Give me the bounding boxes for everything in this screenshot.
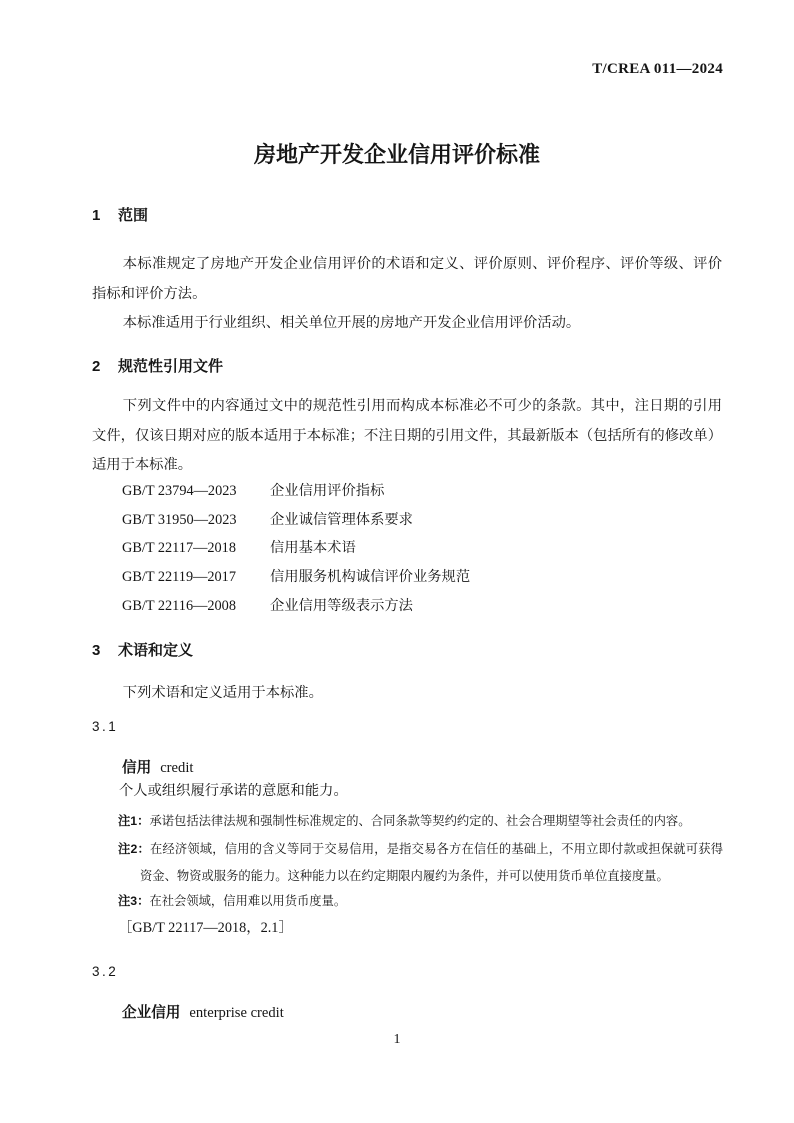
- reference-code: GB/T 23794—2023: [122, 477, 270, 506]
- reference-code: GB/T 31950—2023: [122, 506, 270, 535]
- reference-code: GB/T 22117—2018: [122, 534, 270, 563]
- section-3-intro: 下列术语和定义适用于本标准。: [92, 679, 722, 709]
- section-2-paragraph-1: 下列文件中的内容通过文中的规范性引用而构成本标准必不可少的条款。其中，注日期的引…: [92, 392, 722, 481]
- note-2-label: 注2：: [118, 842, 150, 856]
- section-2-heading: 2规范性引用文件: [92, 355, 223, 376]
- section-3-heading: 3术语和定义: [92, 639, 193, 660]
- section-2-number: 2: [92, 358, 118, 375]
- reference-row: GB/T 23794—2023企业信用评价指标: [122, 477, 470, 506]
- document-page: T/CREA 011—2024 房地产开发企业信用评价标准 1范围 本标准规定了…: [0, 0, 794, 1123]
- reference-row: GB/T 22116—2008企业信用等级表示方法: [122, 592, 470, 621]
- term-3-1-source: ［GB/T 22117—2018，2.1］: [118, 917, 293, 937]
- document-title: 房地产开发企业信用评价标准: [0, 138, 794, 169]
- note-1-text: 承诺包括法律法规和强制性标准规定的、合同条款等契约约定的、社会合理期望等社会责任…: [149, 814, 690, 828]
- reference-title: 信用服务机构诚信评价业务规范: [270, 569, 470, 585]
- term-3-1-definition: 个人或组织履行承诺的意愿和能力。: [119, 777, 723, 807]
- reference-title: 企业信用评价指标: [270, 483, 384, 499]
- standard-code-header: T/CREA 011—2024: [592, 61, 723, 78]
- note-2-text: 在经济领域，信用的含义等同于交易信用，是指交易各方在信任的基础上，不用立即付款或…: [140, 842, 723, 883]
- reference-row: GB/T 31950—2023企业诚信管理体系要求: [122, 506, 470, 535]
- note-3-label: 注3：: [118, 894, 149, 908]
- term-3-1-english: credit: [160, 760, 193, 776]
- reference-title: 信用基本术语: [270, 540, 356, 556]
- note-1: 注1：承诺包括法律法规和强制性标准规定的、合同条款等契约约定的、社会合理期望等社…: [118, 808, 723, 835]
- clause-3-1-number: 3.1: [92, 719, 118, 734]
- reference-title: 企业信用等级表示方法: [270, 598, 413, 614]
- note-3: 注3：在社会领域，信用难以用货币度量。: [118, 888, 723, 915]
- term-3-1-chinese: 信用: [122, 760, 151, 776]
- reference-code: GB/T 22116—2008: [122, 592, 270, 621]
- section-3-number: 3: [92, 642, 118, 659]
- normative-references-list: GB/T 23794—2023企业信用评价指标 GB/T 31950—2023企…: [122, 477, 470, 621]
- section-1-body: 本标准规定了房地产开发企业信用评价的术语和定义、评价原则、评价程序、评价等级、评…: [92, 250, 722, 339]
- section-1-paragraph-1: 本标准规定了房地产开发企业信用评价的术语和定义、评价原则、评价程序、评价等级、评…: [92, 250, 722, 309]
- note-1-label: 注1：: [118, 814, 149, 828]
- clause-3-2-number: 3.2: [92, 964, 118, 979]
- reference-row: GB/T 22119—2017信用服务机构诚信评价业务规范: [122, 563, 470, 592]
- section-3-intro-text: 下列术语和定义适用于本标准。: [92, 679, 722, 709]
- term-3-2-line: 企业信用enterprise credit: [122, 1001, 284, 1022]
- section-1-paragraph-2: 本标准适用于行业组织、相关单位开展的房地产开发企业信用评价活动。: [92, 309, 722, 339]
- page-number: 1: [0, 1032, 794, 1048]
- note-3-text: 在社会领域，信用难以用货币度量。: [149, 894, 346, 908]
- section-1-heading-text: 范围: [118, 207, 148, 224]
- section-3-heading-text: 术语和定义: [118, 642, 193, 659]
- reference-code: GB/T 22119—2017: [122, 563, 270, 592]
- section-1-number: 1: [92, 207, 118, 224]
- term-3-2-chinese: 企业信用: [122, 1005, 180, 1021]
- note-2: 注2：在经济领域，信用的含义等同于交易信用，是指交易各方在信任的基础上，不用立即…: [118, 836, 723, 890]
- term-3-2-english: enterprise credit: [189, 1005, 283, 1021]
- reference-title: 企业诚信管理体系要求: [270, 512, 413, 528]
- term-3-1-line: 信用credit: [122, 756, 193, 777]
- section-1-heading: 1范围: [92, 204, 148, 225]
- reference-row: GB/T 22117—2018信用基本术语: [122, 534, 470, 563]
- section-2-heading-text: 规范性引用文件: [118, 358, 223, 375]
- section-2-body: 下列文件中的内容通过文中的规范性引用而构成本标准必不可少的条款。其中，注日期的引…: [92, 392, 722, 481]
